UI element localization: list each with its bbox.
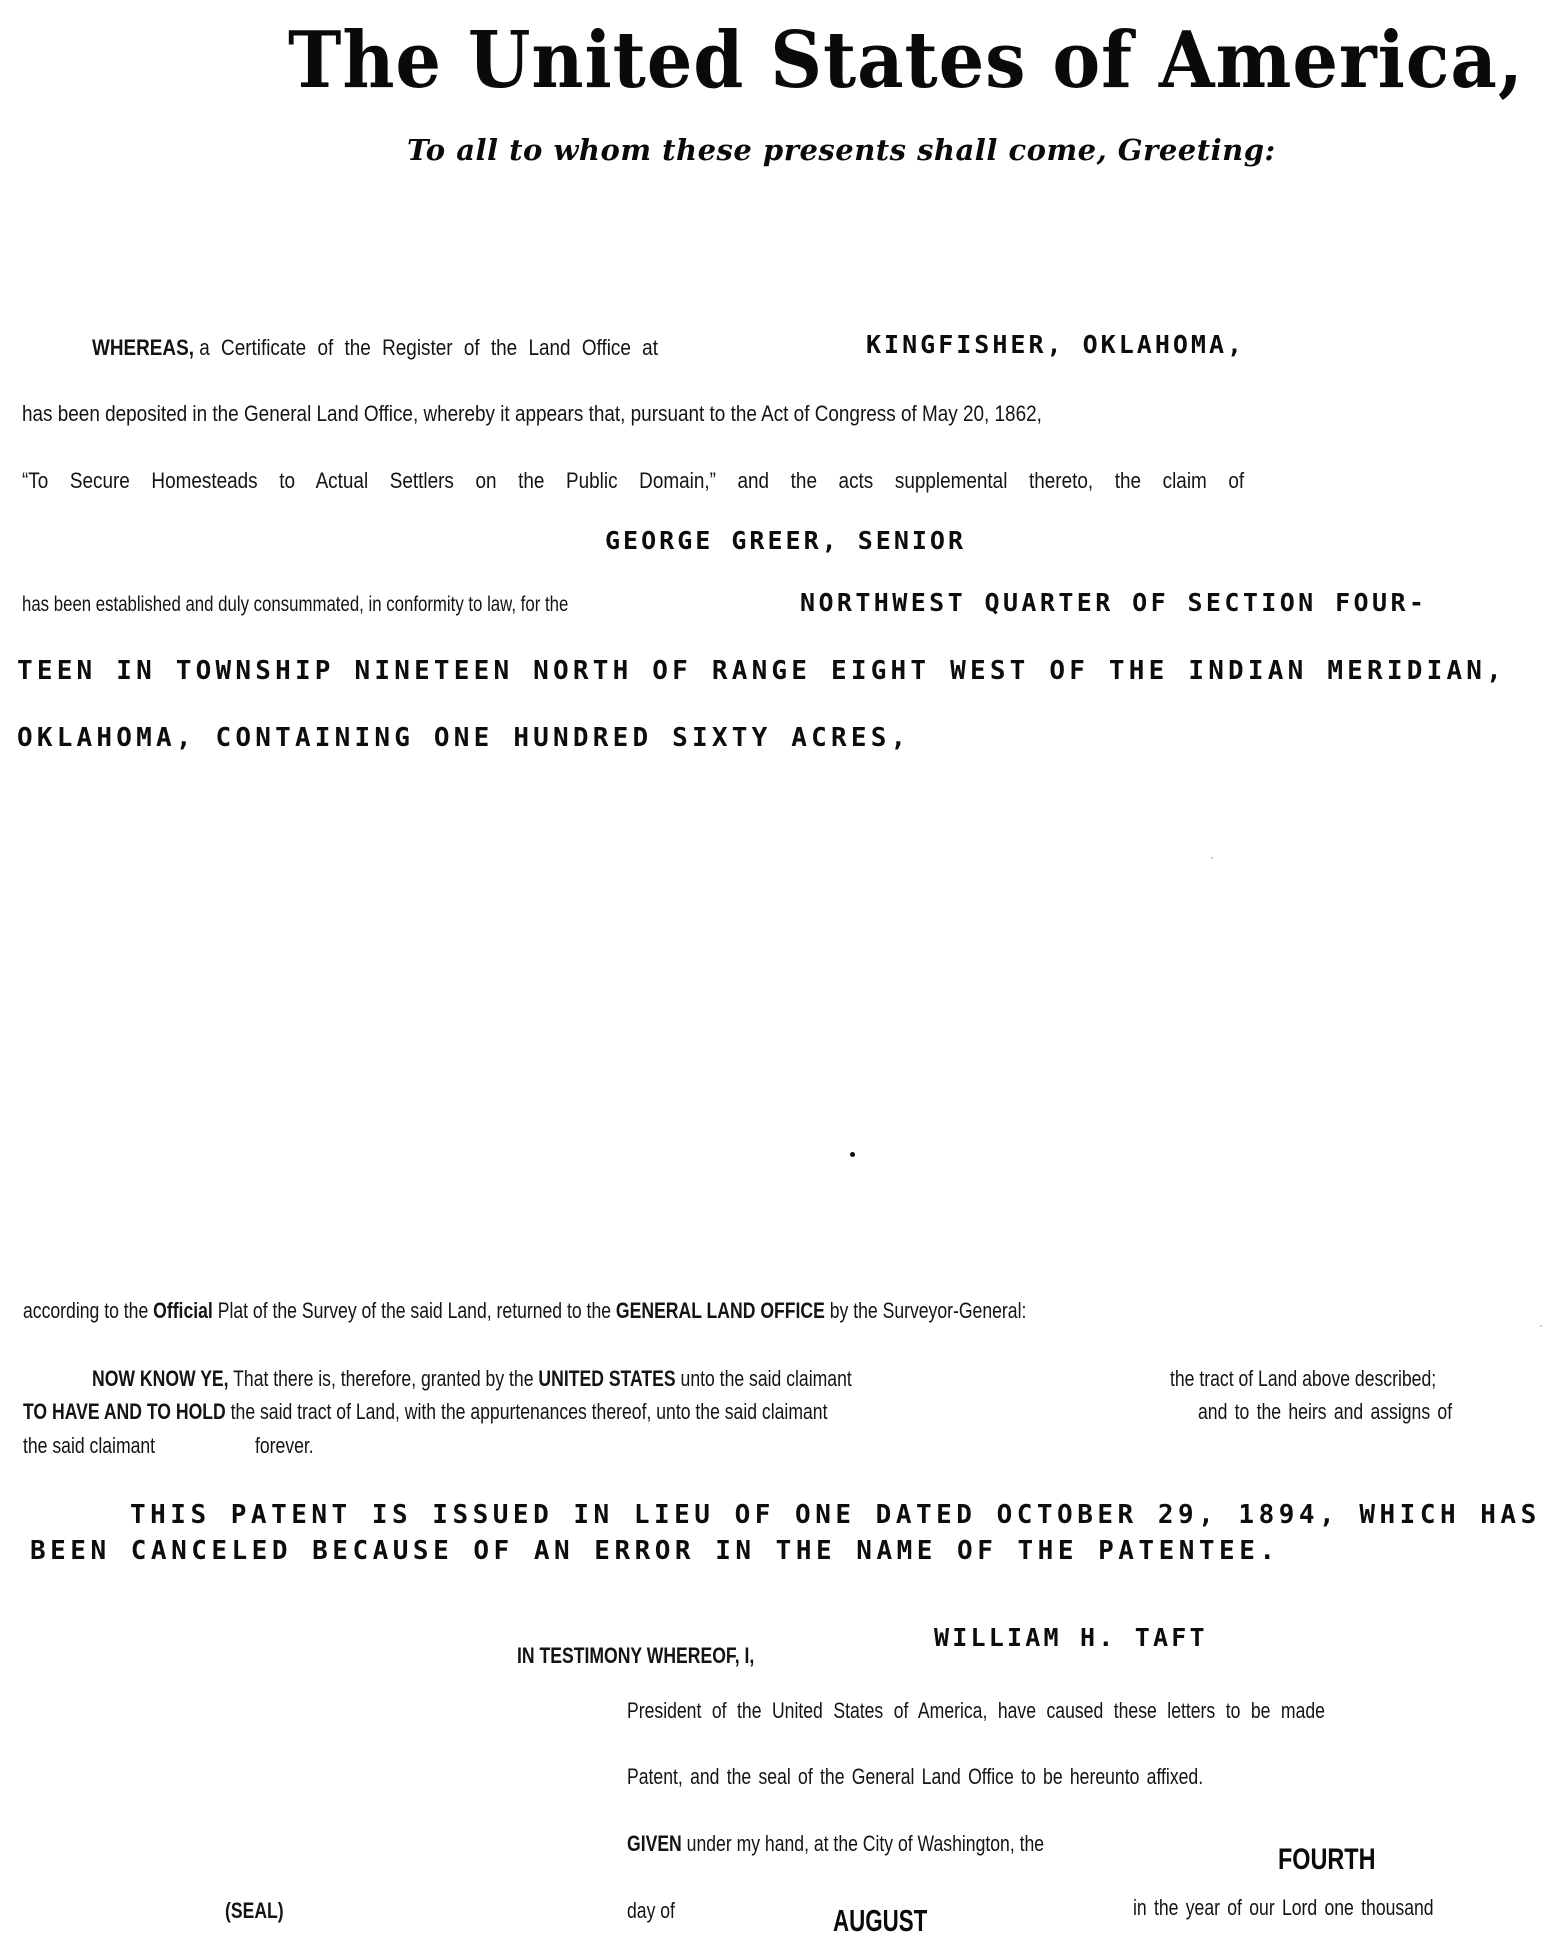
recital-line-2-text: has been deposited in the General Land O…	[22, 403, 1527, 425]
year-text: in the year of our Lord one thousand	[1133, 1897, 1434, 1919]
recital-line-1-text: a Certificate of the Register of the Lan…	[199, 335, 658, 360]
grant-line-3-right: forever.	[255, 1435, 314, 1457]
testimony-label: IN TESTIMONY WHEREOF, I,	[517, 1645, 754, 1667]
reissue-note-line-2: BEEN CANCELED BECAUSE OF AN ERROR IN THE…	[30, 1538, 1280, 1564]
seal-label: (SEAL)	[225, 1900, 284, 1922]
ink-speck	[1211, 857, 1213, 859]
grant-line-1: NOW KNOW YE, That there is, therefore, g…	[92, 1368, 852, 1390]
month-value: AUGUST	[833, 1905, 927, 1936]
land-description-line-2: TEEN IN TOWNSHIP NINETEEN NORTH OF RANGE…	[17, 658, 1506, 684]
recital-line-3: “To Secure Homesteads to Actual Settlers…	[22, 470, 1244, 492]
recital-line-4: has been established and duly consummate…	[22, 594, 568, 615]
to-have-and-to-hold: TO HAVE AND TO HOLD	[23, 1399, 226, 1424]
ink-speck	[1540, 1325, 1542, 1327]
whereas-label: WHEREAS,	[92, 335, 194, 360]
document-title: The United States of America,	[288, 22, 1524, 100]
grant-line-2-right: and to the heirs and assigns of	[1198, 1401, 1452, 1423]
land-office-location: KINGFISHER, OKLAHOMA,	[866, 332, 1245, 357]
ink-dot	[850, 1152, 855, 1157]
president-name: WILLIAM H. TAFT	[934, 1625, 1208, 1650]
grant-line-1-right: the tract of Land above described;	[1170, 1368, 1436, 1390]
day-of-label: day of	[627, 1900, 675, 1922]
grant-line-3-left: the said claimant	[23, 1435, 155, 1457]
greeting: To all to whom these presents shall come…	[407, 136, 1276, 165]
testimony-line-2: Patent, and the seal of the General Land…	[627, 1766, 1203, 1788]
given-line: GIVEN under my hand, at the City of Wash…	[627, 1833, 1044, 1855]
testimony-line-1: President of the United States of Americ…	[627, 1700, 1325, 1722]
land-description-line-3: OKLAHOMA, CONTAINING ONE HUNDRED SIXTY A…	[17, 725, 910, 751]
reissue-note-line-1: THIS PATENT IS ISSUED IN LIEU OF ONE DAT…	[130, 1502, 1541, 1528]
recital-line-1: WHEREAS, a Certificate of the Register o…	[92, 337, 658, 359]
grant-line-2: TO HAVE AND TO HOLD the said tract of La…	[23, 1401, 827, 1423]
land-description-line-1: NORTHWEST QUARTER OF SECTION FOUR-	[800, 590, 1427, 615]
recital-line-2: has been deposited in the General Land O…	[22, 403, 1527, 425]
survey-line: according to the Official Plat of the Su…	[23, 1300, 1026, 1322]
claimant-name: GEORGE GREER, SENIOR	[605, 528, 966, 553]
day-value: FOURTH	[1278, 1845, 1375, 1875]
now-know-ye: NOW KNOW YE,	[92, 1366, 229, 1391]
